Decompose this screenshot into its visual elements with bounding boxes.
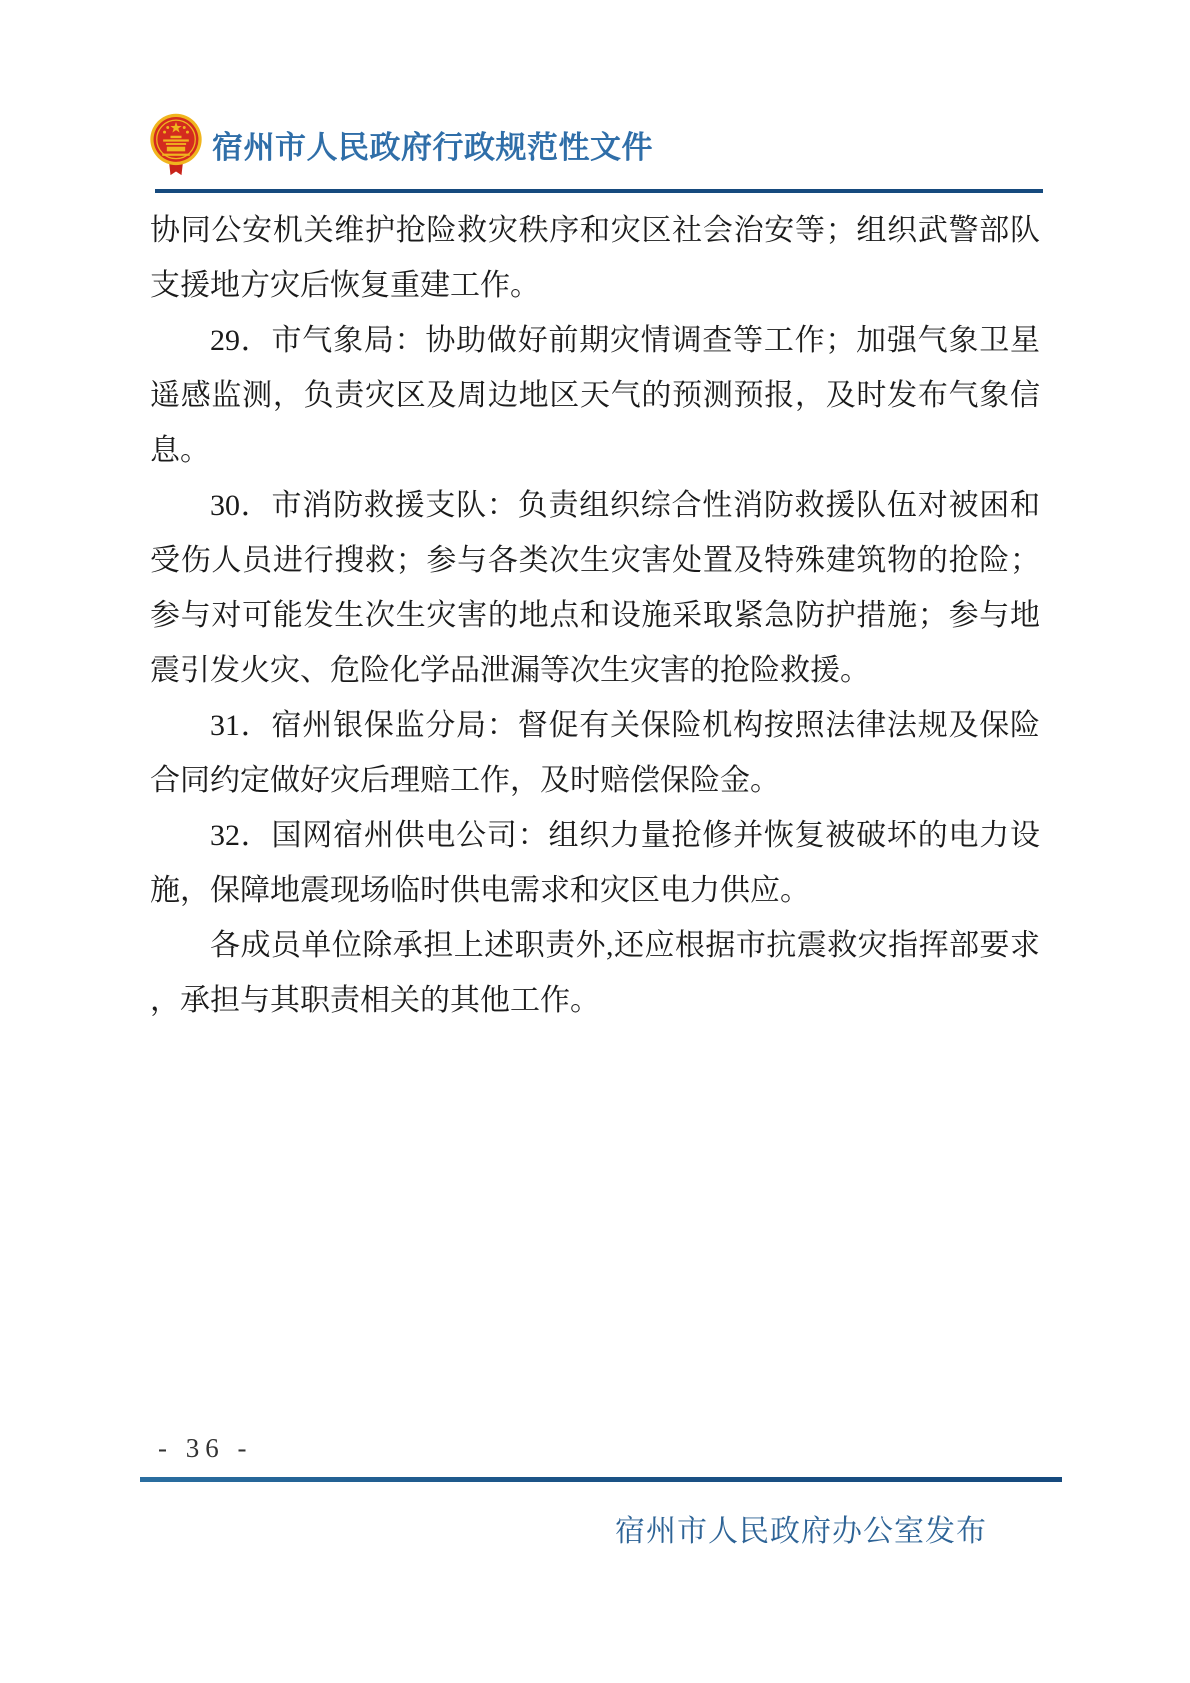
national-emblem-icon xyxy=(148,111,204,177)
publisher-line: 宿州市人民政府办公室发布 xyxy=(615,1506,987,1550)
header-title: 宿州市人民政府行政规范性文件 xyxy=(212,122,653,167)
paragraph-item-31: 31．宿州银保监分局：督促有关保险机构按照法律法规及保险合同约定做好灾后理赔工作… xyxy=(150,698,1040,808)
paragraph-closing: 各成员单位除承担上述职责外,还应根据市抗震救灾指挥部要求，承担与其职责相关的其他… xyxy=(150,918,1040,1028)
paragraph-continuation: 协同公安机关维护抢险救灾秩序和灾区社会治安等；组织武警部队支援地方灾后恢复重建工… xyxy=(150,203,1040,313)
paragraph-item-32: 32．国网宿州供电公司：组织力量抢修并恢复被破坏的电力设施，保障地震现场临时供电… xyxy=(150,808,1040,918)
document-body: 协同公安机关维护抢险救灾秩序和灾区社会治安等；组织武警部队支援地方灾后恢复重建工… xyxy=(150,203,1040,1028)
paragraph-item-30: 30．市消防救援支队：负责组织综合性消防救援队伍对被困和受伤人员进行搜救；参与各… xyxy=(150,478,1040,698)
document-page: 宿州市人民政府行政规范性文件 协同公安机关维护抢险救灾秩序和灾区社会治安等；组织… xyxy=(0,0,1190,1683)
paragraph-item-29: 29．市气象局：协助做好前期灾情调查等工作；加强气象卫星遥感监测，负责灾区及周边… xyxy=(150,313,1040,478)
page-number: - 36 - xyxy=(158,1433,252,1464)
document-header: 宿州市人民政府行政规范性文件 xyxy=(148,110,653,178)
header-divider xyxy=(155,189,1043,193)
footer-divider xyxy=(140,1477,1062,1482)
